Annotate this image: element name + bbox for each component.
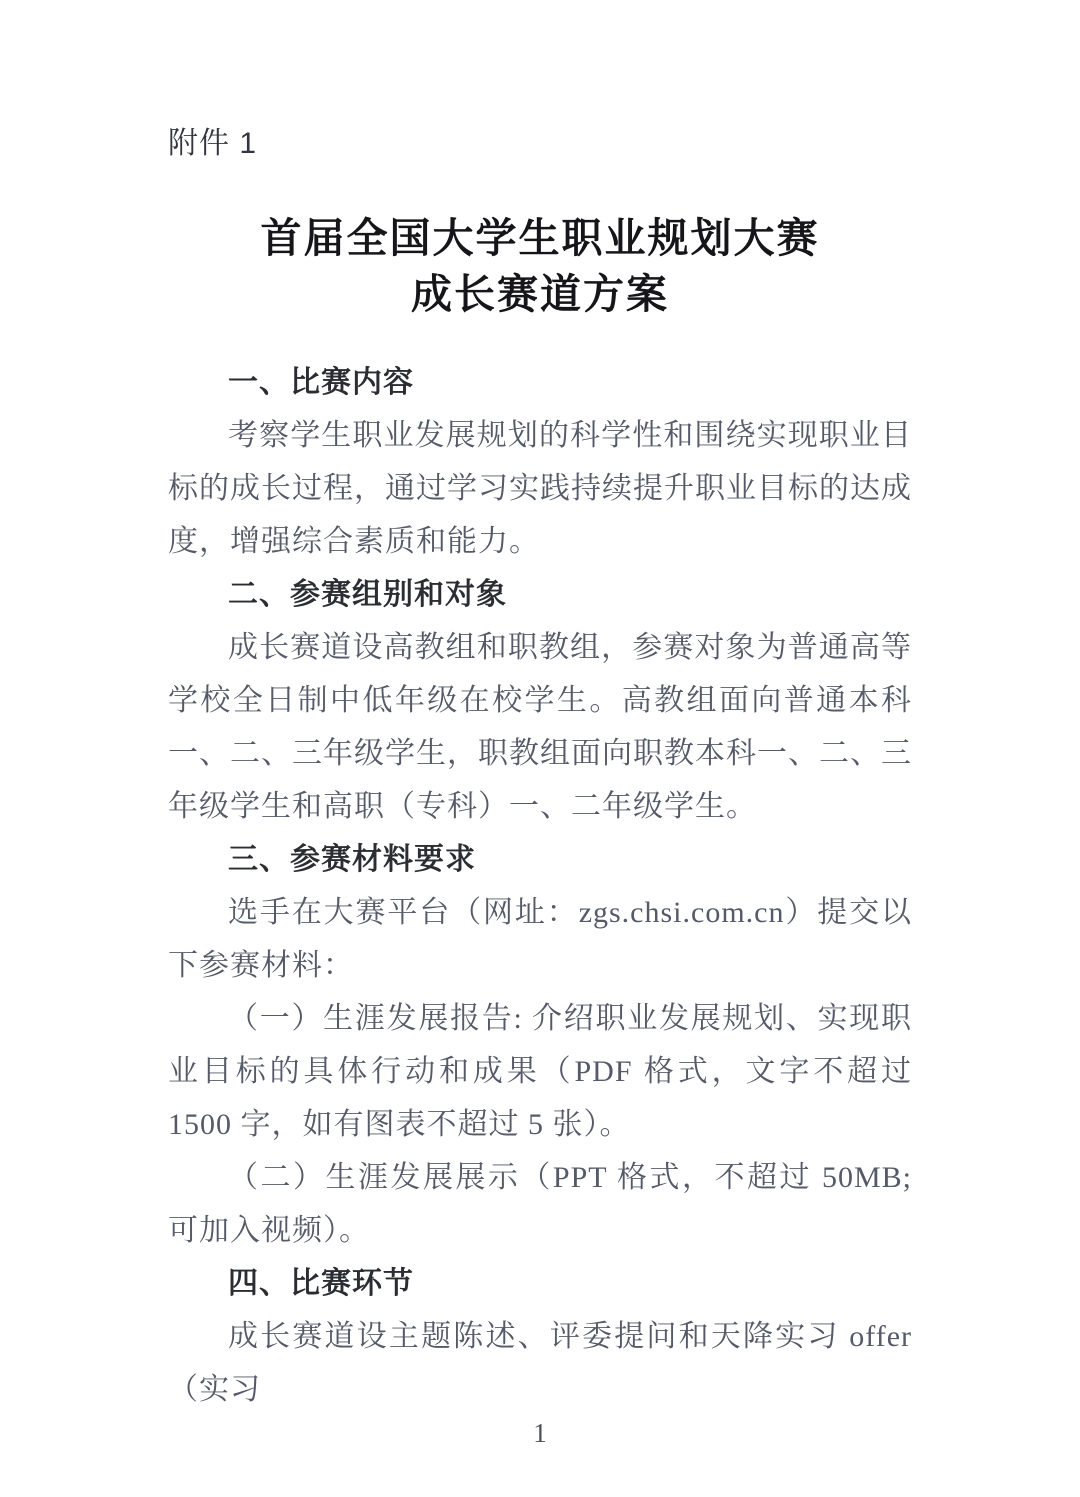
section-heading: 二、参赛组别和对象 [168,568,912,621]
paragraph: 成长赛道设主题陈述、评委提问和天降实习 offer（实习 [168,1310,912,1416]
paragraph: 选手在大赛平台（网址：zgs.chsi.com.cn）提交以下参赛材料： [168,886,912,992]
section-heading: 一、比赛内容 [168,356,912,409]
paragraph: 成长赛道设高教组和职教组，参赛对象为普通高等学校全日制中低年级在校学生。高教组面… [168,621,912,833]
document-page: 附件 1 首届全国大学生职业规划大赛 成长赛道方案 一、比赛内容 考察学生职业发… [0,0,1080,1497]
page-number: 1 [533,1418,547,1448]
section-groups-and-targets: 二、参赛组别和对象 成长赛道设高教组和职教组，参赛对象为普通高等学校全日制中低年… [168,568,912,833]
section-heading: 四、比赛环节 [168,1257,912,1310]
section-competition-stages: 四、比赛环节 成长赛道设主题陈述、评委提问和天降实习 offer（实习 [168,1257,912,1416]
page-footer: 1 [0,1418,1080,1449]
document-content: 附件 1 首届全国大学生职业规划大赛 成长赛道方案 一、比赛内容 考察学生职业发… [0,0,1080,1416]
section-competition-content: 一、比赛内容 考察学生职业发展规划的科学性和围绕实现职业目标的成长过程，通过学习… [168,356,912,568]
title-line-1: 首届全国大学生职业规划大赛 [168,210,912,266]
attachment-label: 附件 1 [168,126,912,162]
section-material-requirements: 三、参赛材料要求 选手在大赛平台（网址：zgs.chsi.com.cn）提交以下… [168,833,912,1257]
document-title: 首届全国大学生职业规划大赛 成长赛道方案 [168,210,912,322]
paragraph: 考察学生职业发展规划的科学性和围绕实现职业目标的成长过程，通过学习实践持续提升职… [168,409,912,568]
paragraph: （二）生涯发展展示（PPT 格式，不超过 50MB; 可加入视频）。 [168,1151,912,1257]
paragraph: （一）生涯发展报告: 介绍职业发展规划、实现职业目标的具体行动和成果（PDF 格… [168,992,912,1151]
title-line-2: 成长赛道方案 [168,266,912,322]
section-heading: 三、参赛材料要求 [168,833,912,886]
